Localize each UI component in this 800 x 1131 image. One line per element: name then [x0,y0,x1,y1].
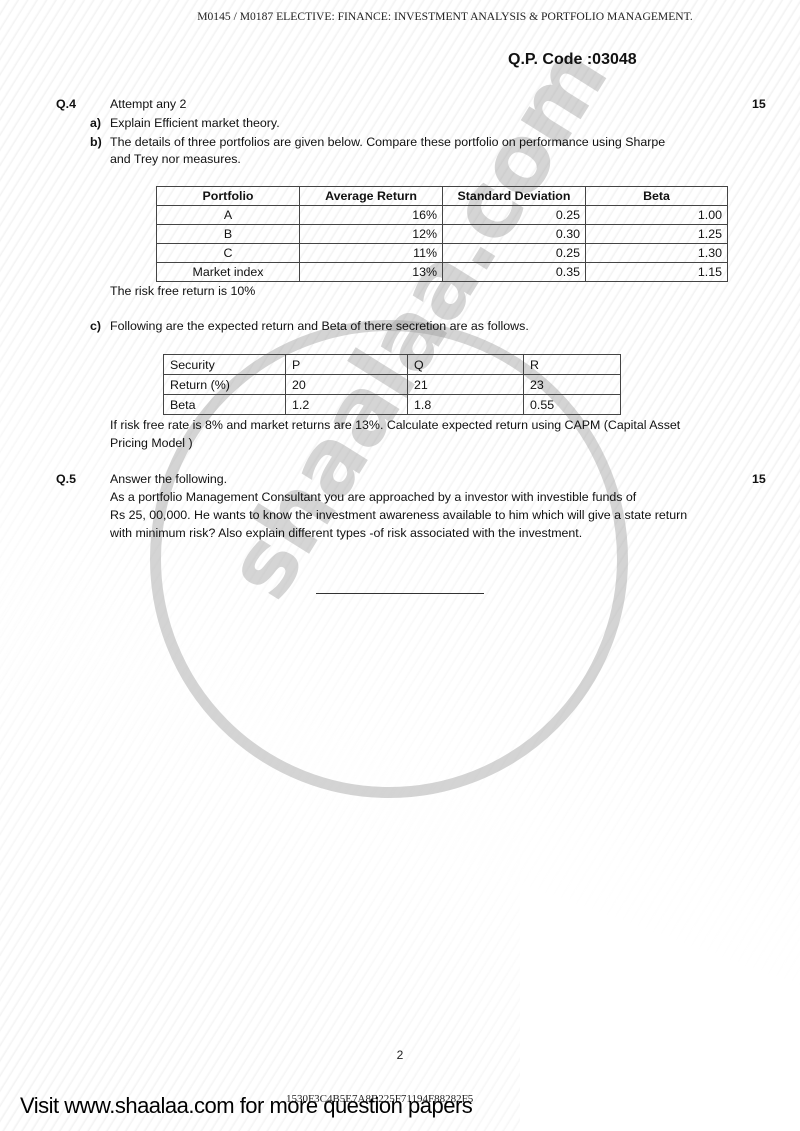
table-row: A 16% 0.25 1.00 [157,206,728,225]
q4a-text: Explain Efficient market theory. [110,115,280,132]
cell-portfolio: Market index [157,263,300,282]
table-row: Market index 13% 0.35 1.15 [157,263,728,282]
qp-code: Q.P. Code :03048 [508,51,637,69]
q5-line1: As a portfolio Management Consultant you… [110,489,636,506]
col-header-beta: Beta [586,187,728,206]
table-row: Beta 1.2 1.8 0.55 [164,395,621,415]
q4a-label: a) [90,115,101,132]
q4b-risk-free-note: The risk free return is 10% [110,283,255,300]
portfolio-table: Portfolio Average Return Standard Deviat… [156,186,728,282]
question-5-instruction: Answer the following. [110,471,227,488]
question-5-marks: 15 [752,471,766,488]
cell-r: R [524,355,621,375]
q4c-note-line1: If risk free rate is 8% and market retur… [110,417,680,434]
cell-portfolio: B [157,225,300,244]
cell-p: 20 [286,375,408,395]
cell-std-dev: 0.30 [443,225,586,244]
q4b-text-line2: and Trey nor measures. [110,151,241,168]
question-4-instruction: Attempt any 2 [110,96,186,113]
cell-r: 0.55 [524,395,621,415]
table-row: B 12% 0.30 1.25 [157,225,728,244]
table-row: Return (%) 20 21 23 [164,375,621,395]
cell-beta: 1.30 [586,244,728,263]
cell-p: P [286,355,408,375]
course-title: M0145 / M0187 ELECTIVE: FINANCE: INVESTM… [0,10,800,23]
table-row: C 11% 0.25 1.30 [157,244,728,263]
col-header-portfolio: Portfolio [157,187,300,206]
cell-label: Security [164,355,286,375]
visit-shaalaa-link[interactable]: Visit www.shaalaa.com for more question … [20,1093,472,1119]
cell-q: 1.8 [408,395,524,415]
cell-portfolio: A [157,206,300,225]
question-4-marks: 15 [752,96,766,113]
col-header-std-dev: Standard Deviation [443,187,586,206]
q4b-label: b) [90,134,102,151]
cell-average-return: 16% [300,206,443,225]
cell-std-dev: 0.25 [443,206,586,225]
q4b-text-line1: The details of three portfolios are give… [110,134,665,151]
col-header-average-return: Average Return [300,187,443,206]
cell-portfolio: C [157,244,300,263]
cell-q: Q [408,355,524,375]
cell-beta: 1.00 [586,206,728,225]
table-row: Security P Q R [164,355,621,375]
question-4-number: Q.4 [56,96,76,113]
cell-r: 23 [524,375,621,395]
question-5-number: Q.5 [56,471,76,488]
watermark-pattern [0,0,800,1131]
table-header-row: Portfolio Average Return Standard Deviat… [157,187,728,206]
cell-average-return: 11% [300,244,443,263]
cell-average-return: 13% [300,263,443,282]
watermark-pattern-lower [0,560,520,1131]
q5-line2: Rs 25, 00,000. He wants to know the inve… [110,507,687,524]
q4c-note-line2: Pricing Model ) [110,435,193,452]
end-divider [316,593,484,594]
cell-q: 21 [408,375,524,395]
cell-std-dev: 0.25 [443,244,586,263]
cell-std-dev: 0.35 [443,263,586,282]
q4c-label: c) [90,318,101,335]
cell-average-return: 12% [300,225,443,244]
q4c-text: Following are the expected return and Be… [110,318,529,335]
cell-label: Return (%) [164,375,286,395]
cell-beta: 1.25 [586,225,728,244]
q5-line3: with minimum risk? Also explain differen… [110,525,582,542]
page-number: 2 [0,1048,800,1062]
cell-beta: 1.15 [586,263,728,282]
cell-label: Beta [164,395,286,415]
security-table: Security P Q R Return (%) 20 21 23 Beta … [163,354,621,415]
cell-p: 1.2 [286,395,408,415]
